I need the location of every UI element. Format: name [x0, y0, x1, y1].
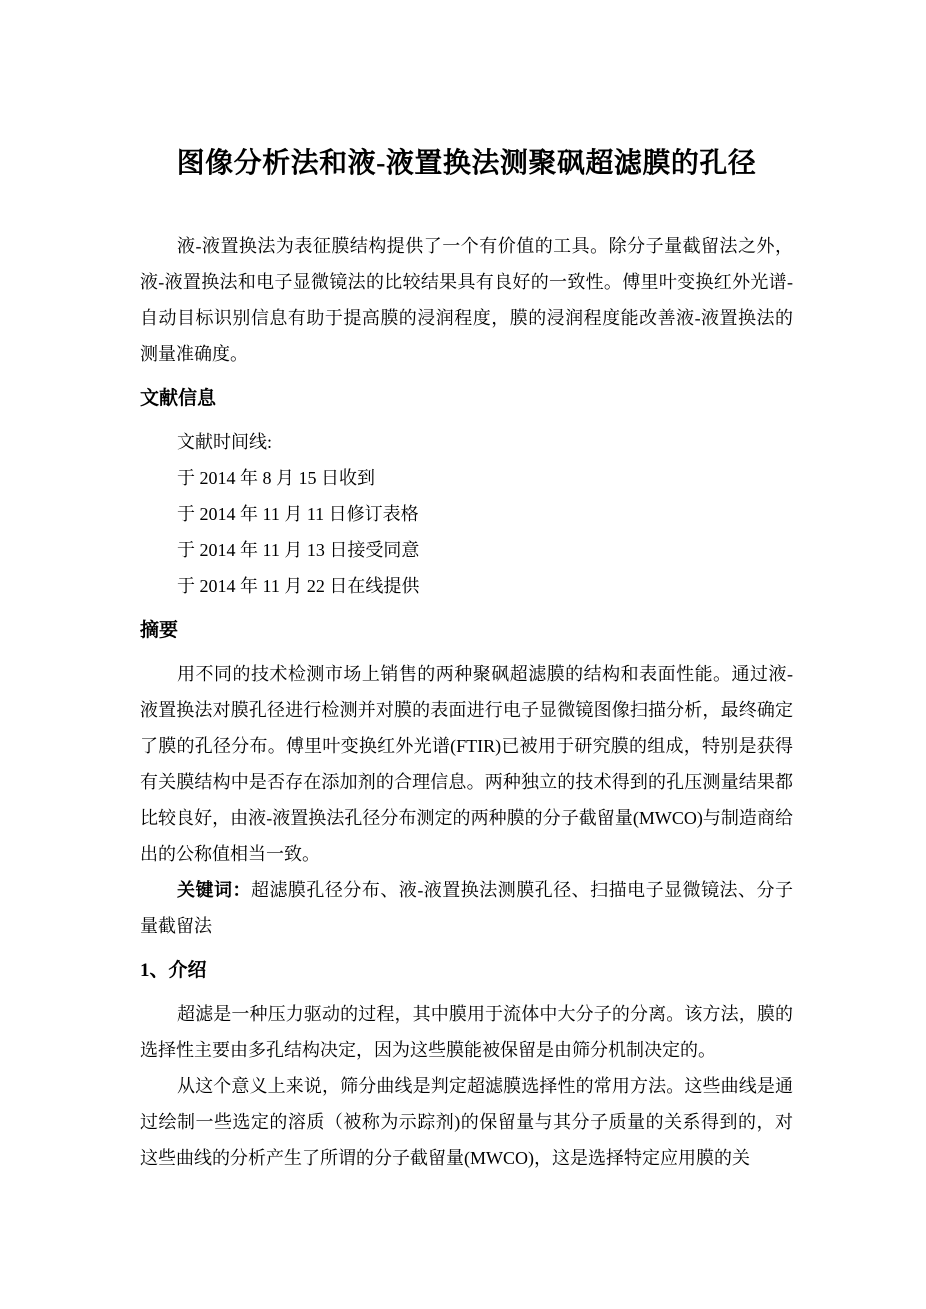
introduction-paragraph-2: 从这个意义上来说，筛分曲线是判定超滤膜选择性的常用方法。这些曲线是通过绘制一些选… — [140, 1068, 793, 1176]
section-heading-introduction: 1、介绍 — [140, 953, 793, 989]
timeline-label: 文献时间线: — [140, 424, 793, 460]
introduction-paragraph-1: 超滤是一种压力驱动的过程，其中膜用于流体中大分子的分离。该方法，膜的选择性主要由… — [140, 996, 793, 1068]
document-title: 图像分析法和液-液置换法测聚砜超滤膜的孔径 — [140, 146, 793, 182]
document-page: 图像分析法和液-液置换法测聚砜超滤膜的孔径 液-液置换法为表征膜结构提供了一个有… — [0, 0, 926, 1309]
lead-paragraph: 液-液置换法为表征膜结构提供了一个有价值的工具。除分子量截留法之外，液-液置换法… — [140, 228, 793, 372]
abstract-body-paragraph: 用不同的技术检测市场上销售的两种聚砜超滤膜的结构和表面性能。通过液-液置换法对膜… — [140, 656, 793, 872]
timeline-item-received: 于 2014 年 8 月 15 日收到 — [140, 460, 793, 496]
timeline-item-accepted: 于 2014 年 11 月 13 日接受同意 — [140, 532, 793, 568]
section-heading-literature-info: 文献信息 — [140, 381, 793, 417]
keywords-paragraph: 关键词：超滤膜孔径分布、液-液置换法测膜孔径、扫描电子显微镜法、分子量截留法 — [140, 872, 793, 944]
keywords-label: 关键词： — [177, 880, 251, 900]
timeline-item-revised: 于 2014 年 11 月 11 日修订表格 — [140, 496, 793, 532]
timeline-item-online: 于 2014 年 11 月 22 日在线提供 — [140, 568, 793, 604]
section-heading-abstract: 摘要 — [140, 613, 793, 649]
